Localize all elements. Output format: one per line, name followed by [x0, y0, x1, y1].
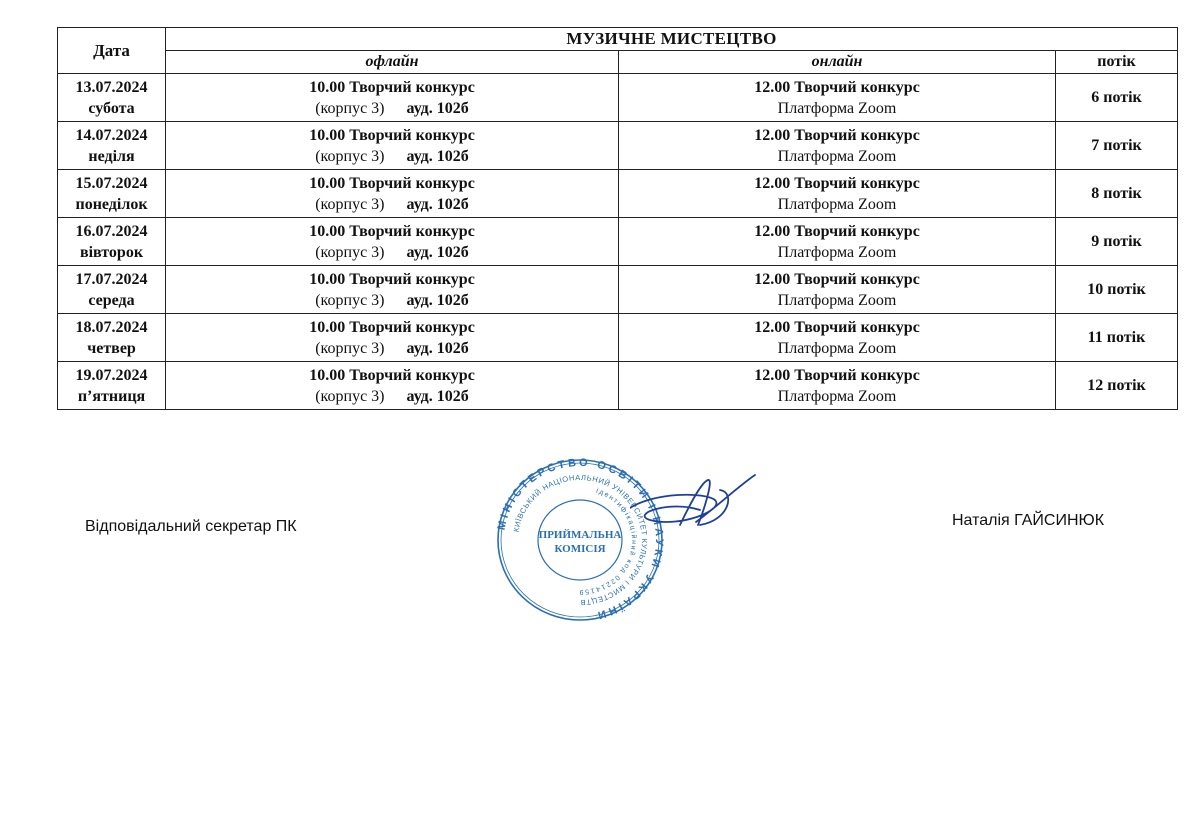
date-cell: 13.07.2024 субота	[58, 74, 166, 122]
stream-cell: 12 потік	[1056, 362, 1178, 410]
date: 18.07.2024	[58, 317, 165, 338]
offline-header: офлайн	[166, 51, 619, 74]
online-cell: 12.00 Творчий конкурс Платформа Zoom	[619, 122, 1056, 170]
weekday: неділя	[58, 146, 165, 167]
online-event: 12.00 Творчий конкурс	[619, 125, 1055, 146]
stream-cell: 11 потік	[1056, 314, 1178, 362]
offline-room: ауд. 102б	[407, 340, 469, 357]
offline-room: ауд. 102б	[407, 148, 469, 165]
stream-cell: 8 потік	[1056, 170, 1178, 218]
offline-event: 10.00 Творчий конкурс	[166, 173, 618, 194]
online-cell: 12.00 Творчий конкурс Платформа Zoom	[619, 362, 1056, 410]
offline-room: ауд. 102б	[407, 292, 469, 309]
weekday: четвер	[58, 338, 165, 359]
date: 15.07.2024	[58, 173, 165, 194]
offline-event: 10.00 Творчий конкурс	[166, 365, 618, 386]
svg-text:ПРИЙМАЛЬНА: ПРИЙМАЛЬНА	[539, 529, 622, 541]
online-cell: 12.00 Творчий конкурс Платформа Zoom	[619, 170, 1056, 218]
stream-cell: 7 потік	[1056, 122, 1178, 170]
offline-cell: 10.00 Творчий конкурс (корпус 3)ауд. 102…	[166, 362, 619, 410]
table-row: 17.07.2024 середа 10.00 Творчий конкурс …	[58, 266, 1178, 314]
offline-event: 10.00 Творчий конкурс	[166, 221, 618, 242]
online-event: 12.00 Творчий конкурс	[619, 365, 1055, 386]
online-platform: Платформа Zoom	[619, 338, 1055, 359]
offline-building: (корпус 3)	[315, 340, 384, 357]
online-event: 12.00 Творчий конкурс	[619, 317, 1055, 338]
online-event: 12.00 Творчий конкурс	[619, 221, 1055, 242]
offline-cell: 10.00 Творчий конкурс (корпус 3)ауд. 102…	[166, 266, 619, 314]
online-event: 12.00 Творчий конкурс	[619, 269, 1055, 290]
date: 16.07.2024	[58, 221, 165, 242]
online-platform: Платформа Zoom	[619, 386, 1055, 407]
offline-cell: 10.00 Творчий конкурс (корпус 3)ауд. 102…	[166, 122, 619, 170]
weekday: середа	[58, 290, 165, 311]
online-platform: Платформа Zoom	[619, 194, 1055, 215]
date-cell: 14.07.2024 неділя	[58, 122, 166, 170]
offline-building: (корпус 3)	[315, 148, 384, 165]
weekday: понеділок	[58, 194, 165, 215]
online-cell: 12.00 Творчий конкурс Платформа Zoom	[619, 266, 1056, 314]
offline-cell: 10.00 Творчий конкурс (корпус 3)ауд. 102…	[166, 74, 619, 122]
stream-cell: 9 потік	[1056, 218, 1178, 266]
offline-building: (корпус 3)	[315, 388, 384, 405]
online-platform: Платформа Zoom	[619, 290, 1055, 311]
table-row: 18.07.2024 четвер 10.00 Творчий конкурс …	[58, 314, 1178, 362]
schedule-table: Дата МУЗИЧНЕ МИСТЕЦТВО офлайн онлайн пот…	[57, 27, 1178, 410]
date-cell: 16.07.2024 вівторок	[58, 218, 166, 266]
table-row: 16.07.2024 вівторок 10.00 Творчий конкур…	[58, 218, 1178, 266]
offline-room: ауд. 102б	[407, 100, 469, 117]
offline-building: (корпус 3)	[315, 292, 384, 309]
online-header: онлайн	[619, 51, 1056, 74]
offline-event: 10.00 Творчий конкурс	[166, 77, 618, 98]
offline-cell: 10.00 Творчий конкурс (корпус 3)ауд. 102…	[166, 218, 619, 266]
date-cell: 18.07.2024 четвер	[58, 314, 166, 362]
stream-cell: 6 потік	[1056, 74, 1178, 122]
section-title: МУЗИЧНЕ МИСТЕЦТВО	[166, 28, 1178, 51]
date-header: Дата	[58, 28, 166, 74]
handwritten-signature	[630, 470, 760, 545]
offline-room: ауд. 102б	[407, 196, 469, 213]
table-row: 13.07.2024 субота 10.00 Творчий конкурс …	[58, 74, 1178, 122]
offline-event: 10.00 Творчий конкурс	[166, 317, 618, 338]
offline-room: ауд. 102б	[407, 388, 469, 405]
date: 14.07.2024	[58, 125, 165, 146]
online-event: 12.00 Творчий конкурс	[619, 77, 1055, 98]
online-cell: 12.00 Творчий конкурс Платформа Zoom	[619, 314, 1056, 362]
date-cell: 17.07.2024 середа	[58, 266, 166, 314]
date: 13.07.2024	[58, 77, 165, 98]
online-platform: Платформа Zoom	[619, 242, 1055, 263]
offline-building: (корпус 3)	[315, 244, 384, 261]
stream-header: потік	[1056, 51, 1178, 74]
date-cell: 19.07.2024 п’ятниця	[58, 362, 166, 410]
stream-cell: 10 потік	[1056, 266, 1178, 314]
offline-cell: 10.00 Творчий конкурс (корпус 3)ауд. 102…	[166, 170, 619, 218]
table-row: 19.07.2024 п’ятниця 10.00 Творчий конкур…	[58, 362, 1178, 410]
online-platform: Платформа Zoom	[619, 146, 1055, 167]
table-row: 14.07.2024 неділя 10.00 Творчий конкурс …	[58, 122, 1178, 170]
offline-room: ауд. 102б	[407, 244, 469, 261]
offline-building: (корпус 3)	[315, 100, 384, 117]
offline-event: 10.00 Творчий конкурс	[166, 125, 618, 146]
date: 17.07.2024	[58, 269, 165, 290]
online-cell: 12.00 Творчий конкурс Платформа Zoom	[619, 74, 1056, 122]
date-cell: 15.07.2024 понеділок	[58, 170, 166, 218]
secretary-title: Відповідальний секретар ПК	[85, 518, 297, 536]
online-cell: 12.00 Творчий конкурс Платформа Zoom	[619, 218, 1056, 266]
weekday: п’ятниця	[58, 386, 165, 407]
svg-text:КОМІСІЯ: КОМІСІЯ	[554, 543, 605, 555]
online-event: 12.00 Творчий конкурс	[619, 173, 1055, 194]
secretary-name: Наталія ГАЙСИНЮК	[952, 512, 1104, 530]
online-platform: Платформа Zoom	[619, 98, 1055, 119]
offline-event: 10.00 Творчий конкурс	[166, 269, 618, 290]
offline-building: (корпус 3)	[315, 196, 384, 213]
date: 19.07.2024	[58, 365, 165, 386]
offline-cell: 10.00 Творчий конкурс (корпус 3)ауд. 102…	[166, 314, 619, 362]
weekday: вівторок	[58, 242, 165, 263]
weekday: субота	[58, 98, 165, 119]
table-row: 15.07.2024 понеділок 10.00 Творчий конку…	[58, 170, 1178, 218]
